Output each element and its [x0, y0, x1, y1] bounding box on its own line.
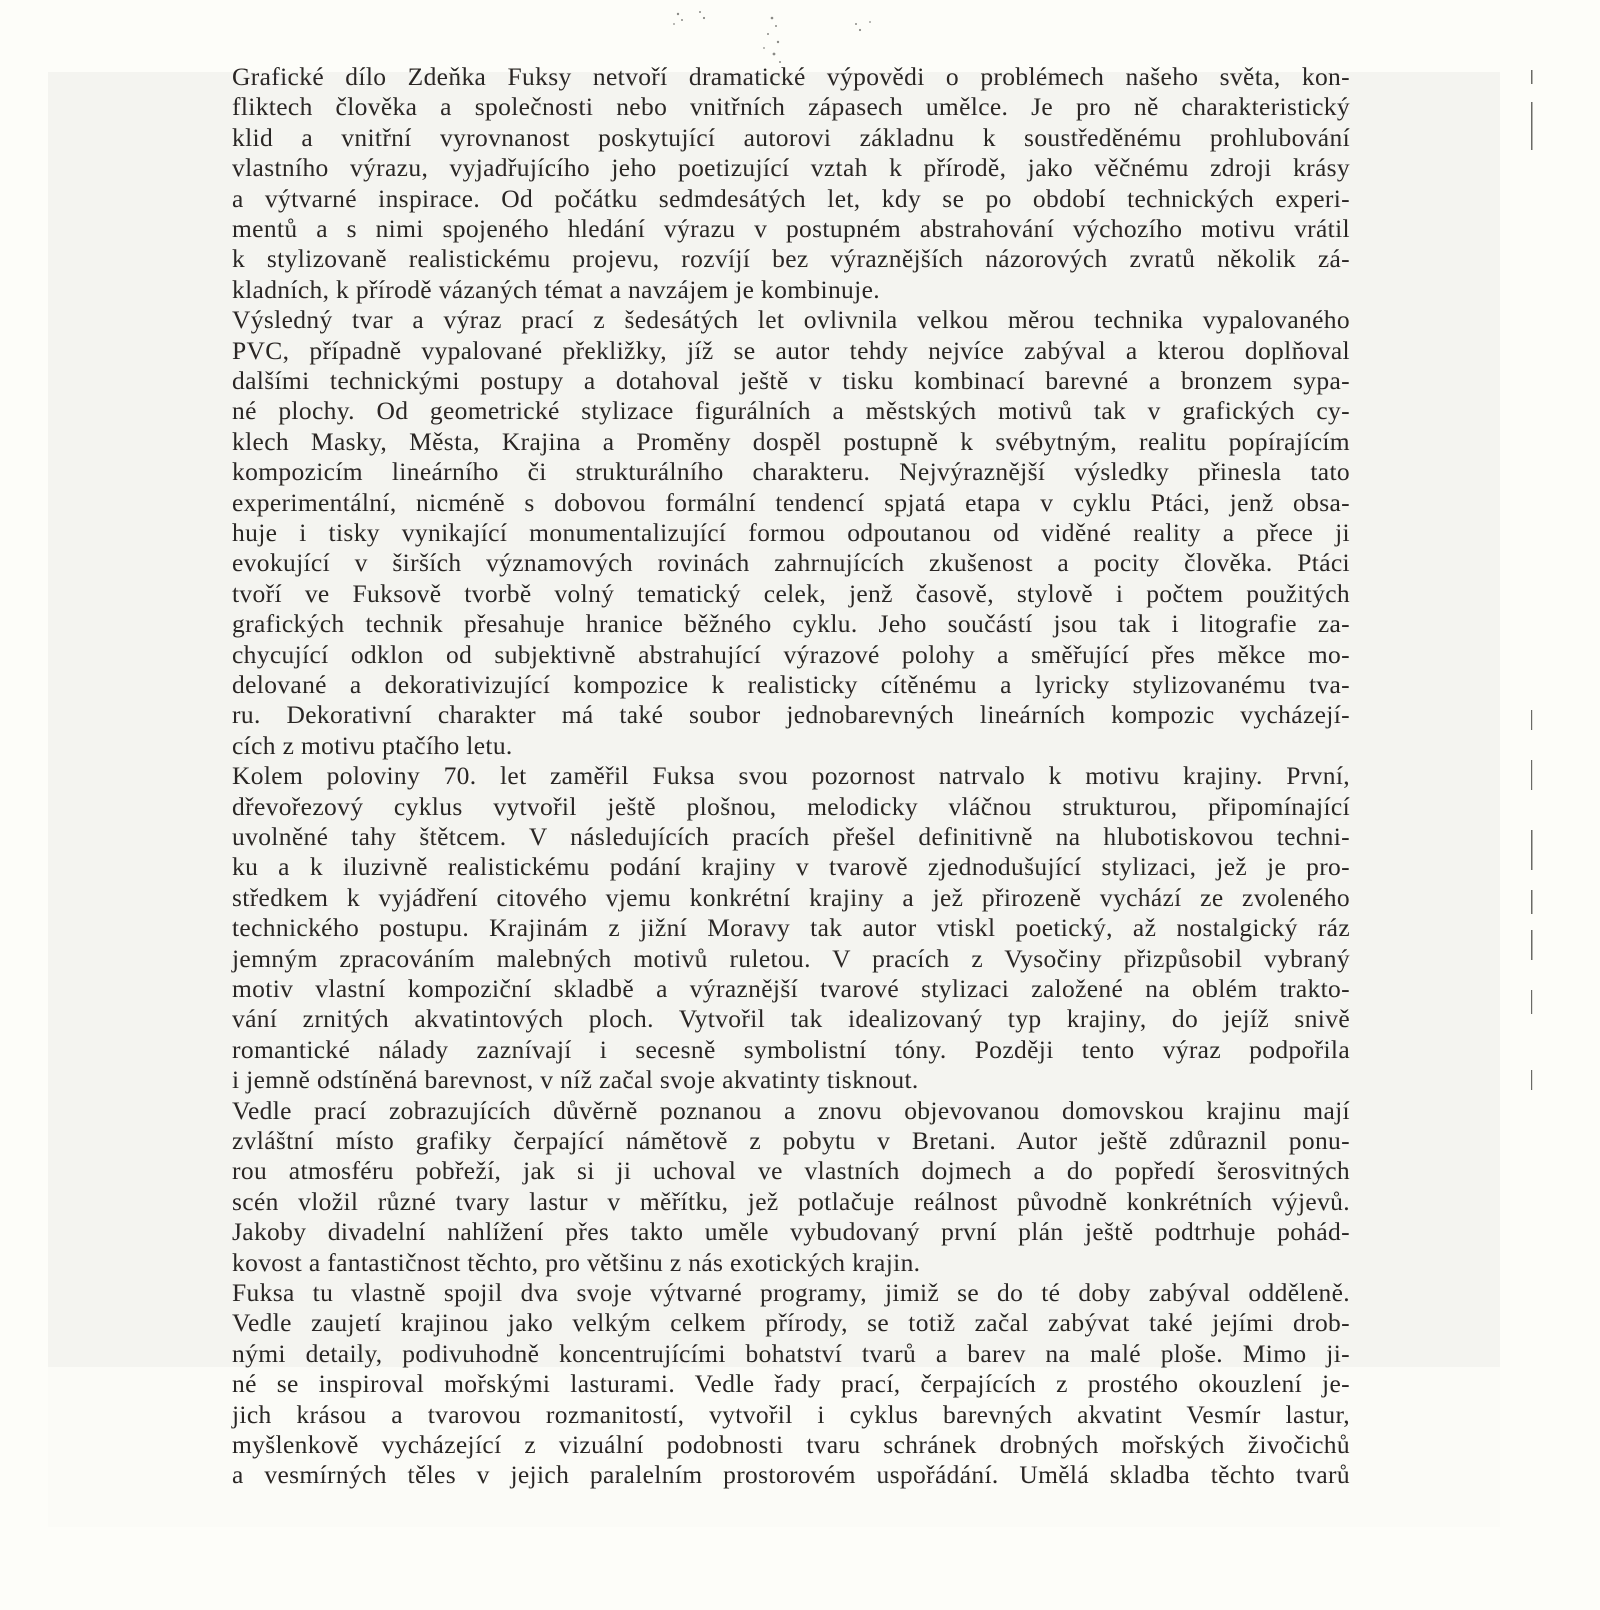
- text-line: scén vložil různé tvary lastur v měřítku…: [232, 1187, 1350, 1217]
- text-line: nými detaily, podivuhodně koncentrujícím…: [232, 1339, 1350, 1369]
- text-line: fliktech člověka a společnosti nebo vnit…: [232, 92, 1350, 122]
- text-line: jich krásou a tvarovou rozmanitostí, vyt…: [232, 1400, 1350, 1430]
- text-line: a výtvarné inspirace. Od počátku sedmdes…: [232, 184, 1350, 214]
- scan-edge-marks-decoration: [1530, 70, 1534, 1270]
- text-line: dřevořezový cyklus vytvořil ještě plošno…: [232, 792, 1350, 822]
- text-line: myšlenkově vycházející z vizuální podobn…: [232, 1430, 1350, 1460]
- text-line: né plochy. Od geometrické stylizace figu…: [232, 396, 1350, 426]
- text-line: technického postupu. Krajinám z jižní Mo…: [232, 913, 1350, 943]
- text-line: ku a k iluzivně realistickému podání kra…: [232, 852, 1350, 882]
- text-line: vlastního výrazu, vyjadřujícího jeho poe…: [232, 153, 1350, 183]
- text-line: grafických technik přesahuje hranice běž…: [232, 609, 1350, 639]
- text-line: uvolněné tahy štětcem. V následujících p…: [232, 822, 1350, 852]
- text-line: dalšími technickými postupy a dotahoval …: [232, 366, 1350, 396]
- text-line: ru. Dekorativní charakter má také soubor…: [232, 700, 1350, 730]
- text-line: mentů a s nimi spojeného hledání výrazu …: [232, 214, 1350, 244]
- text-line: kompozicím lineárního či strukturálního …: [232, 457, 1350, 487]
- text-line: Kolem poloviny 70. let zaměřil Fuksa svo…: [232, 761, 1350, 791]
- text-line: a vesmírných těles v jejich paralelním p…: [232, 1460, 1350, 1490]
- text-line: romantické nálady zaznívají i secesně sy…: [232, 1035, 1350, 1065]
- text-line: zvláštní místo grafiky čerpající námětov…: [232, 1126, 1350, 1156]
- scan-specks-decoration: [660, 4, 920, 68]
- text-line: Výsledný tvar a výraz prací z šedesátých…: [232, 305, 1350, 335]
- text-line: cích z motivu ptačího letu.: [232, 731, 1350, 761]
- text-line: PVC, případně vypalované překližky, jíž …: [232, 336, 1350, 366]
- text-line: Vedle zaujetí krajinou jako velkým celke…: [232, 1308, 1350, 1338]
- text-line: delované a dekorativizující kompozice k …: [232, 670, 1350, 700]
- text-line: i jemně odstíněná barevnost, v níž začal…: [232, 1065, 1350, 1095]
- text-line: Vedle prací zobrazujících důvěrně poznan…: [232, 1096, 1350, 1126]
- text-line: Jakoby divadelní nahlížení přes takto um…: [232, 1217, 1350, 1247]
- text-line: klid a vnitřní vyrovnanost poskytující a…: [232, 123, 1350, 153]
- text-line: jemným zpracováním malebných motivů rule…: [232, 944, 1350, 974]
- text-line: klech Masky, Města, Krajina a Proměny do…: [232, 427, 1350, 457]
- text-line: Grafické dílo Zdeňka Fuksy netvoří drama…: [232, 62, 1350, 92]
- text-line: chycující odklon od subjektivně abstrahu…: [232, 640, 1350, 670]
- text-line: huje i tisky vynikající monumentalizujíc…: [232, 518, 1350, 548]
- text-line: Fuksa tu vlastně spojil dva svoje výtvar…: [232, 1278, 1350, 1308]
- text-line: k stylizovaně realistickému projevu, roz…: [232, 244, 1350, 274]
- text-line: evokující v širších významových rovinách…: [232, 548, 1350, 578]
- text-line: né se inspiroval mořskými lasturami. Ved…: [232, 1369, 1350, 1399]
- text-line: kovost a fantastičnost těchto, pro větši…: [232, 1248, 1350, 1278]
- text-line: kladních, k přírodě vázaných témat a nav…: [232, 275, 1350, 305]
- text-line: experimentální, nicméně s dobovou formál…: [232, 488, 1350, 518]
- text-line: vání zrnitých akvatintových ploch. Vytvo…: [232, 1004, 1350, 1034]
- text-line: středkem k vyjádření citového vjemu konk…: [232, 883, 1350, 913]
- text-line: motiv vlastní kompoziční skladbě a výraz…: [232, 974, 1350, 1004]
- text-line: rou atmosféru pobřeží, jak si ji uchoval…: [232, 1156, 1350, 1186]
- text-line: tvoří ve Fuksově tvorbě volný tematický …: [232, 579, 1350, 609]
